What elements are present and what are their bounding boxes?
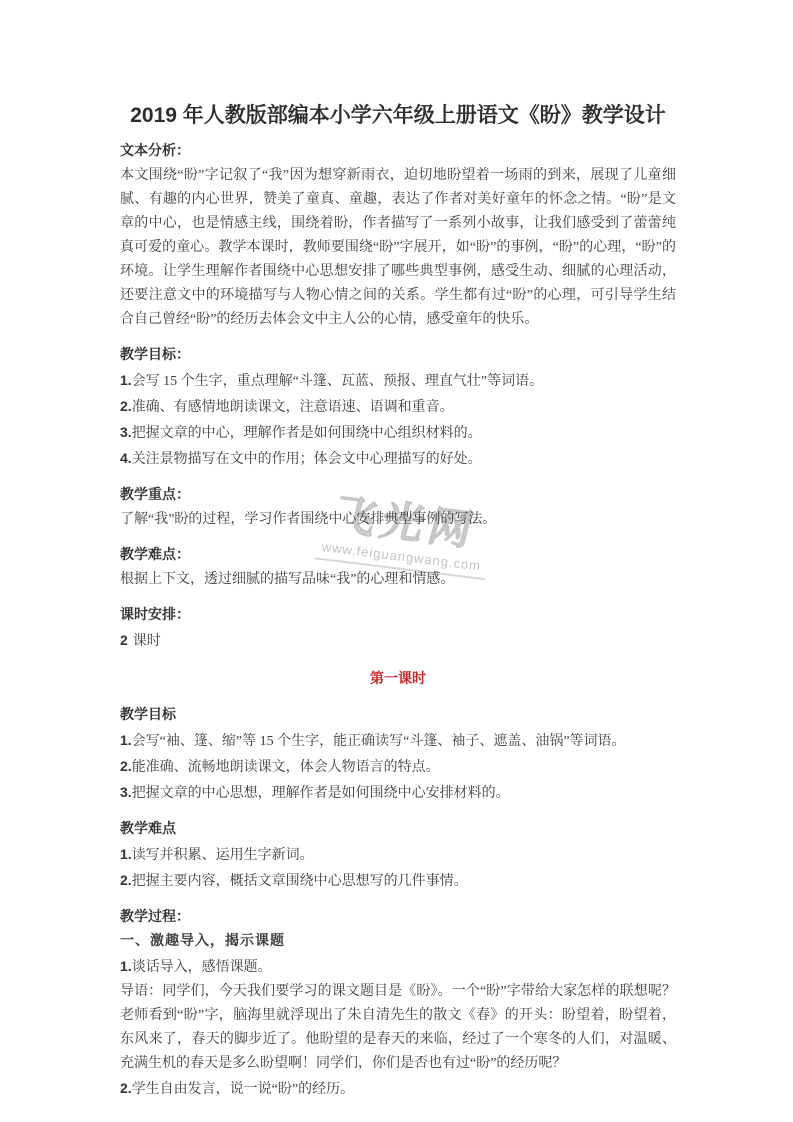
item-text: 谈话导入，感悟课题。 (132, 960, 272, 975)
section-text-analysis: 文本分析： 本文围绕“盼”字记叙了“我”因为想穿新雨衣，迫切地盼望着一场雨的到来… (120, 140, 676, 332)
item-text: 把握主要内容，概括文章围绕中心思想写的几件事情。 (132, 874, 468, 889)
item-number: 1. (120, 846, 132, 862)
item-text: 把握文章的中心，理解作者是如何围绕中心组织材料的。 (132, 426, 482, 441)
schedule-number: 2 (120, 632, 128, 648)
section-session1-goals: 教学目标 1.会写“袖、篷、缩”等 15 个生字，能正确读写“斗篷、袖子、遮盖、… (120, 704, 676, 806)
item-text: 会写“袖、篷、缩”等 15 个生字，能正确读写“斗篷、袖子、遮盖、油锅”等词语。 (132, 734, 626, 749)
schedule-text: 课时 (133, 634, 161, 649)
item-number: 2. (120, 758, 132, 774)
page-title: 2019 年人教版部编本小学六年级上册语文《盼》教学设计 (120, 102, 676, 130)
section-session1-difficulties: 教学难点 1.读写并积累、运用生字新词。 2.把握主要内容，概括文章围绕中心思想… (120, 818, 676, 894)
item-number: 2. (120, 398, 132, 414)
list-item: 1.读写并积累、运用生字新词。 (120, 842, 676, 868)
item-number: 1. (120, 372, 132, 388)
process-lead-paragraph: 导语：同学们，今天我们要学习的课文题目是《盼》。一个“盼”字带给大家怎样的联想呢… (120, 980, 676, 1076)
process-heading: 教学过程： (120, 906, 676, 930)
list-item: 3.把握文章的中心，理解作者是如何围绕中心组织材料的。 (120, 420, 676, 446)
item-text: 把握文章的中心思想，理解作者是如何围绕中心安排材料的。 (132, 786, 510, 801)
schedule-value: 2课时 (120, 628, 676, 654)
schedule-heading: 课时安排： (120, 604, 676, 628)
document-page: 飞光网 www.feiguangwang.com 2019 年人教版部编本小学六… (0, 0, 793, 1122)
item-number: 1. (120, 958, 132, 974)
session-1-title: 第一课时 (120, 668, 676, 692)
analysis-body: 本文围绕“盼”字记叙了“我”因为想穿新雨衣，迫切地盼望着一场雨的到来，展现了儿童… (120, 164, 676, 332)
analysis-heading: 文本分析： (120, 140, 676, 164)
key-points-heading: 教学重点： (120, 484, 676, 508)
item-text: 学生自由发言，说一说“盼”的经历。 (132, 1082, 354, 1097)
key-points-body: 了解“我”盼的过程，学习作者围绕中心安排典型事例的写法。 (120, 508, 676, 532)
list-item: 1.会写 15 个生字，重点理解“斗篷、瓦蓝、预报、理直气壮”等词语。 (120, 368, 676, 394)
list-item: 4.关注景物描写在文中的作用；体会文中心理描写的好处。 (120, 446, 676, 472)
list-item: 2.准确、有感情地朗读课文，注意语速、语调和重音。 (120, 394, 676, 420)
list-item: 3.把握文章的中心思想，理解作者是如何围绕中心安排材料的。 (120, 780, 676, 806)
list-item: 2.把握主要内容，概括文章围绕中心思想写的几件事情。 (120, 868, 676, 894)
item-text: 关注景物描写在文中的作用；体会文中心理描写的好处。 (132, 452, 482, 467)
goals-heading: 教学目标： (120, 344, 676, 368)
section-difficulties: 教学难点： 根据上下文，透过细腻的描写品味“我”的心理和情感。 (120, 544, 676, 592)
process-subheading: 一、激趣导入，揭示课题 (120, 930, 676, 954)
item-text: 准确、有感情地朗读课文，注意语速、语调和重音。 (132, 400, 454, 415)
list-item: 1.谈话导入，感悟课题。 (120, 954, 676, 980)
item-number: 2. (120, 872, 132, 888)
section-schedule: 课时安排： 2课时 (120, 604, 676, 654)
item-number: 1. (120, 732, 132, 748)
list-item: 2.能准确、流畅地朗读课文，体会人物语言的特点。 (120, 754, 676, 780)
item-number: 3. (120, 784, 132, 800)
difficulties-body: 根据上下文，透过细腻的描写品味“我”的心理和情感。 (120, 568, 676, 592)
section-teaching-goals: 教学目标： 1.会写 15 个生字，重点理解“斗篷、瓦蓝、预报、理直气壮”等词语… (120, 344, 676, 472)
item-text: 读写并积累、运用生字新词。 (132, 848, 314, 863)
item-number: 3. (120, 424, 132, 440)
session1-difficulties-heading: 教学难点 (120, 818, 676, 842)
item-number: 4. (120, 450, 132, 466)
session1-goals-heading: 教学目标 (120, 704, 676, 728)
difficulties-heading: 教学难点： (120, 544, 676, 568)
document-content: 2019 年人教版部编本小学六年级上册语文《盼》教学设计 文本分析： 本文围绕“… (0, 0, 793, 1102)
section-key-points: 教学重点： 了解“我”盼的过程，学习作者围绕中心安排典型事例的写法。 (120, 484, 676, 532)
list-item: 1.会写“袖、篷、缩”等 15 个生字，能正确读写“斗篷、袖子、遮盖、油锅”等词… (120, 728, 676, 754)
section-teaching-process: 教学过程： 一、激趣导入，揭示课题 1.谈话导入，感悟课题。 导语：同学们，今天… (120, 906, 676, 1102)
item-number: 2. (120, 1080, 132, 1096)
item-text: 能准确、流畅地朗读课文，体会人物语言的特点。 (132, 760, 440, 775)
list-item: 2.学生自由发言，说一说“盼”的经历。 (120, 1076, 676, 1102)
item-text: 会写 15 个生字，重点理解“斗篷、瓦蓝、预报、理直气壮”等词语。 (132, 374, 543, 389)
